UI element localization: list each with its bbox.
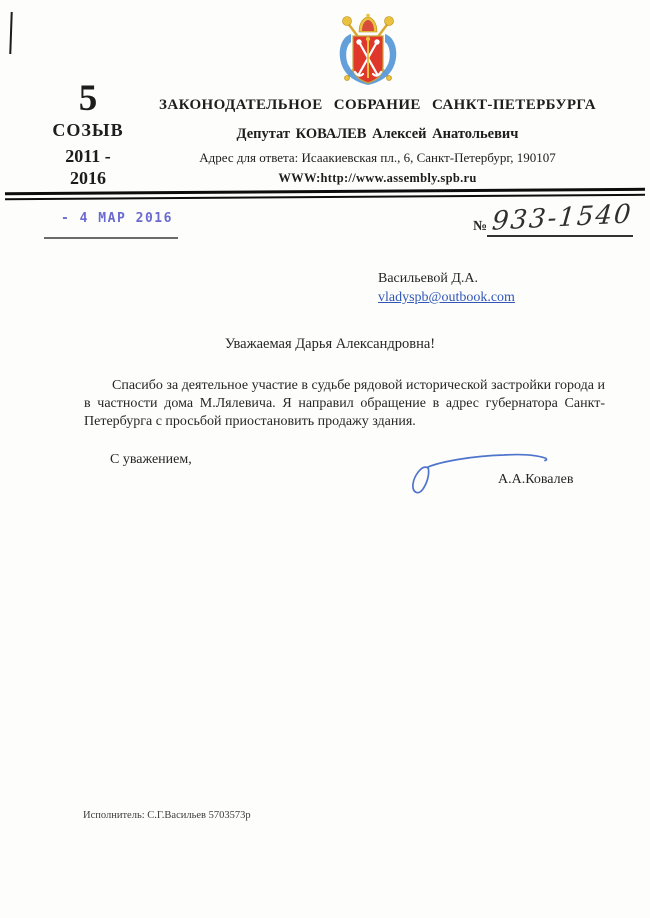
deputy-name-line: Депутат КОВАЛЕВ Алексей Анатольевич	[130, 126, 625, 143]
letterhead-divider	[5, 188, 645, 200]
reply-address-line: Адрес для ответа: Исаакиевская пл., 6, С…	[130, 150, 625, 166]
signer-name: А.А.Ковалев	[498, 472, 573, 488]
date-stamp-underline	[44, 237, 178, 239]
recipient-block: Васильевой Д.А. vladyspb@outbook.com	[378, 269, 515, 307]
convocation-years-start: 2011 -	[38, 145, 138, 167]
assembly-website: WWW:http://www.assembly.spb.ru	[130, 171, 625, 186]
convocation-years-end: 2016	[38, 167, 138, 189]
executor-line: Исполнитель: С.Г.Васильев 5703573р	[83, 810, 251, 821]
saint-petersburg-coat-of-arms-icon	[331, 10, 405, 94]
registration-number-underline	[487, 235, 633, 237]
convocation-block: 5 СОЗЫВ 2011 - 2016	[38, 80, 138, 189]
handwritten-registration-number: 933-1540	[491, 199, 634, 237]
letter-body: Спасибо за деятельное участие в судьбе р…	[84, 377, 605, 430]
letter-page: 5 СОЗЫВ 2011 - 2016	[0, 0, 650, 918]
scan-artifact-line	[9, 12, 12, 54]
convocation-label: СОЗЫВ	[38, 120, 138, 141]
assembly-title: ЗАКОНОДАТЕЛЬНОЕ СОБРАНИЕ САНКТ-ПЕТЕРБУРГ…	[130, 97, 625, 114]
recipient-name: Васильевой Д.А.	[378, 269, 515, 288]
date-stamp: - 4 МАР 2016	[61, 211, 173, 226]
closing-regards: С уважением,	[110, 452, 192, 468]
convocation-number: 5	[38, 80, 138, 117]
recipient-email-link[interactable]: vladyspb@outbook.com	[378, 290, 515, 305]
number-sign: №	[473, 219, 487, 235]
salutation: Уважаемая Дарья Александровна!	[0, 336, 650, 353]
